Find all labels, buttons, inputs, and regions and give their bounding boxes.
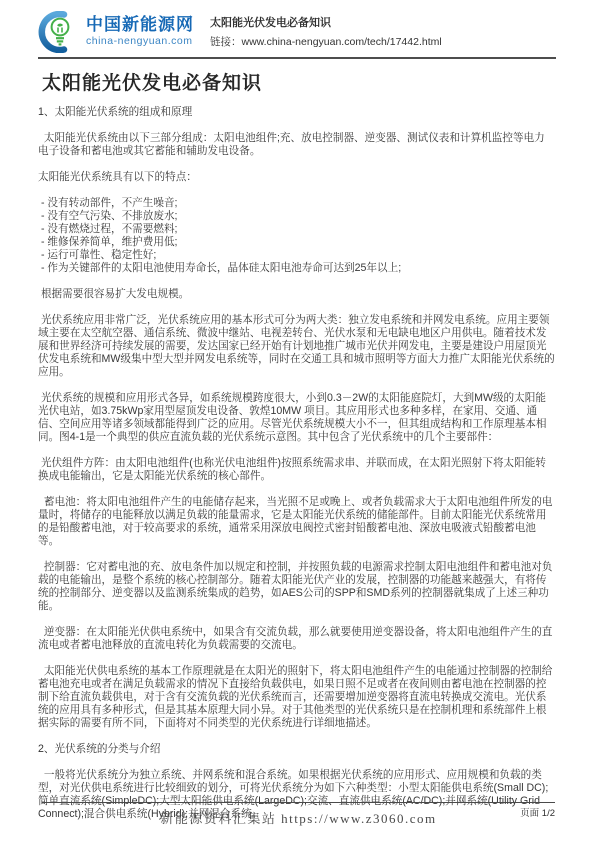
link-label: 链接： bbox=[210, 36, 242, 48]
list-item: - 维修保养简单，维护费用低; bbox=[38, 236, 555, 249]
footer-site-label: 新能源资料汇集站 https://www.z3060.com bbox=[42, 803, 555, 827]
list-item: - 没有空气污染、不排放废水; bbox=[38, 210, 555, 223]
paragraph-controller: 控制器：它对蓄电池的充、放电条件加以规定和控制，并按照负载的电源需求控制太阳电池… bbox=[38, 561, 555, 613]
logo-text: 中国新能源网 china-nengyuan.com bbox=[86, 16, 194, 47]
logo-site-domain: china-nengyuan.com bbox=[86, 36, 194, 48]
document-title-small: 太阳能光伏发电必备知识 bbox=[210, 14, 442, 30]
section-1-heading: 1、太阳能光伏系统的组成和原理 bbox=[38, 106, 555, 119]
paragraph-scale-note: 根据需要很容易扩大发电规模。 bbox=[38, 288, 555, 301]
paragraph-battery: 蓄电池：将太阳电池组件产生的电能储存起来，当光照不足或晚上、或者负载需求大于太阳… bbox=[38, 496, 555, 548]
list-item: - 运行可靠性、稳定性好; bbox=[38, 249, 555, 262]
document-meta: 太阳能光伏发电必备知识 链接：www.china-nengyuan.com/te… bbox=[210, 11, 442, 49]
page-header: 中国新能源网 china-nengyuan.com 太阳能光伏发电必备知识 链接… bbox=[0, 0, 596, 53]
page-title: 太阳能光伏发电必备知识 bbox=[42, 77, 555, 90]
logo-site-name: 中国新能源网 bbox=[86, 16, 194, 35]
paragraph-features-lead: 太阳能光伏系统具有以下的特点： bbox=[38, 171, 555, 184]
logo-bulb-icon bbox=[38, 11, 80, 53]
document-url-link[interactable]: www.china-nengyuan.com/tech/17442.html bbox=[242, 36, 442, 48]
paragraph-system-composition: 太阳能光伏系统由以下三部分组成：太阳电池组件;充、放电控制器、逆变器、测试仪表和… bbox=[38, 132, 555, 158]
feature-list: - 没有转动部件，不产生噪音; - 没有空气污染、不排放废水; - 没有燃烧过程… bbox=[38, 197, 555, 275]
page-number: 页面 1/2 bbox=[520, 805, 555, 819]
list-item: - 没有转动部件，不产生噪音; bbox=[38, 197, 555, 210]
paragraph-application: 光伏系统应用非常广泛，光伏系统应用的基本形式可分为两大类：独立发电系统和并网发电… bbox=[38, 314, 555, 379]
section-2-heading: 2、光伏系统的分类与介绍 bbox=[38, 743, 555, 756]
paragraph-pv-array: 光伏组件方阵：由太阳电池组件(也称光伏电池组件)按照系统需求串、并联而成，在太阳… bbox=[38, 457, 555, 483]
paragraph-working-principle: 太阳能光伏供电系统的基本工作原理就是在太阳光的照射下，将太阳电池组件产生的电能通… bbox=[38, 665, 555, 730]
page-footer: 页面 1/2 新能源资料汇集站 https://www.z3060.com bbox=[42, 802, 555, 831]
paragraph-inverter: 逆变器：在太阳能光伏供电系统中，如果含有交流负载，那么就要使用逆变器设备，将太阳… bbox=[38, 626, 555, 652]
paragraph-scale-forms: 光伏系统的规模和应用形式各异，如系统规模跨度很大，小到0.3－2W的太阳能庭院灯… bbox=[38, 392, 555, 444]
document-page: 中国新能源网 china-nengyuan.com 太阳能光伏发电必备知识 链接… bbox=[0, 0, 596, 842]
list-item: - 作为关键部件的太阳电池使用寿命长，晶体硅太阳电池寿命可达到25年以上; bbox=[38, 262, 555, 275]
document-body: 太阳能光伏发电必备知识 1、太阳能光伏系统的组成和原理 太阳能光伏系统由以下三部… bbox=[0, 77, 596, 821]
document-link-row: 链接：www.china-nengyuan.com/tech/17442.htm… bbox=[210, 34, 442, 49]
header-divider bbox=[38, 57, 556, 59]
site-logo[interactable]: 中国新能源网 china-nengyuan.com bbox=[38, 11, 194, 53]
list-item: - 没有燃烧过程，不需要燃料; bbox=[38, 223, 555, 236]
